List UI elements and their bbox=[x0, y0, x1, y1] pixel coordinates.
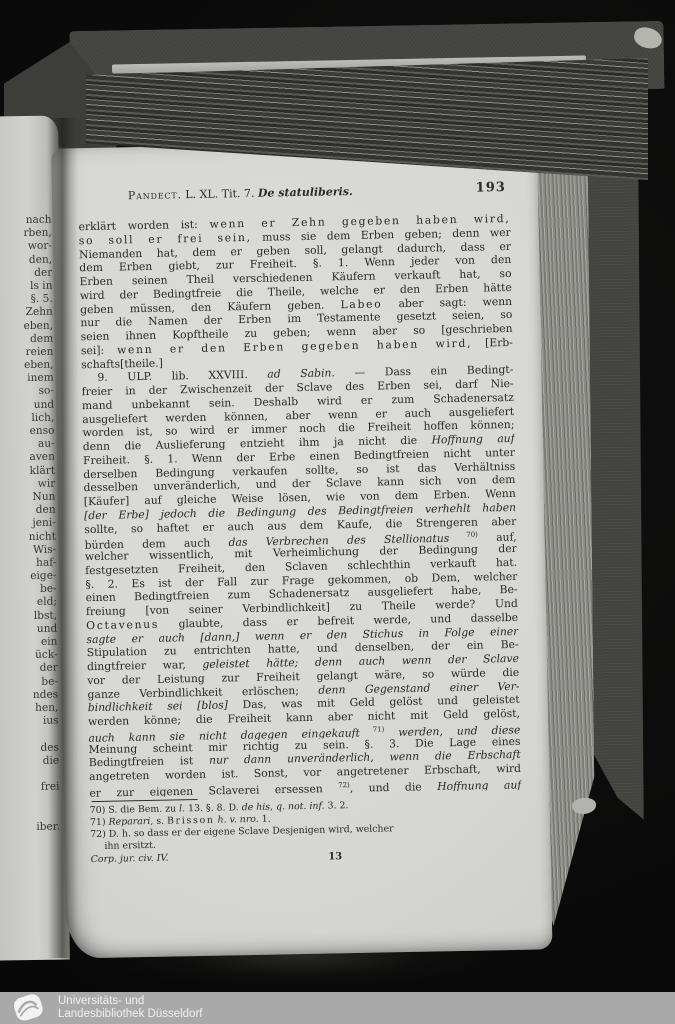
text-line: Corp. jur. civ. IV. bbox=[91, 853, 169, 867]
photo-backdrop: nachrben,wor-den,derls in§. 5.Zehneben,d… bbox=[0, 0, 675, 1024]
volume-signature: Corp. jur. civ. IV. bbox=[91, 853, 169, 867]
left-page-fragment bbox=[0, 794, 60, 808]
left-page-fragment bbox=[0, 767, 59, 781]
left-page-fragment: haf- bbox=[0, 556, 56, 570]
left-page-fragment: und bbox=[0, 622, 57, 636]
left-page-fragment: klärt bbox=[0, 464, 55, 478]
left-page-fragment: so- bbox=[0, 385, 54, 399]
left-page-fragment: jeni- bbox=[0, 517, 56, 531]
left-page-fragment: nach bbox=[0, 214, 52, 228]
left-page-fragment bbox=[0, 807, 60, 821]
cover-wear-spot bbox=[572, 798, 596, 814]
page-number: 193 bbox=[476, 180, 506, 196]
book-page: Pandect. L. XL. Tit. 7. De statuliberis.… bbox=[51, 139, 552, 958]
left-page-fragment: lbst, bbox=[0, 609, 57, 623]
left-page-fragment: eige- bbox=[0, 570, 57, 584]
left-page-fragment: Wis- bbox=[0, 543, 56, 557]
left-page-fragment: den bbox=[0, 504, 56, 518]
left-page-fragment bbox=[0, 728, 59, 742]
page-header: Pandect. L. XL. Tit. 7. De statuliberis.… bbox=[78, 182, 510, 206]
sheet-number: 13 bbox=[328, 852, 342, 863]
left-page-fragment: des bbox=[0, 741, 59, 755]
left-page-fragment: nicht bbox=[0, 530, 56, 544]
left-page-fragment: dem bbox=[0, 332, 53, 346]
left-page-fragment: eld; bbox=[0, 596, 57, 610]
left-page-fragment: ein bbox=[0, 636, 58, 650]
left-page-fragments: nachrben,wor-den,derls in§. 5.Zehneben,d… bbox=[0, 214, 60, 835]
left-page-fragment: inem bbox=[0, 372, 54, 386]
library-logo-icon bbox=[7, 993, 49, 1023]
library-name-line1: Universitäts- und bbox=[58, 995, 202, 1008]
library-name-line2: Landesbibliothek Düsseldorf bbox=[58, 1008, 202, 1021]
left-page-fragment: lich, bbox=[0, 411, 54, 425]
left-page-fragment: §. 5. bbox=[0, 293, 53, 307]
left-page-fragment: Zehn bbox=[0, 306, 53, 320]
left-page-fragment: be- bbox=[0, 675, 58, 689]
left-page-fragment: be- bbox=[0, 583, 57, 597]
left-page-fragment: die bbox=[0, 754, 59, 768]
left-page-fragment: und bbox=[0, 398, 54, 412]
running-title: Pandect. L. XL. Tit. 7. De statuliberis. bbox=[128, 185, 353, 203]
left-page-fragment: Nun bbox=[0, 491, 56, 505]
body-text: erklärt worden ist: wenn er Zehn gegeben… bbox=[78, 212, 521, 798]
left-page-fragment: eben, bbox=[0, 319, 53, 333]
text-line: Pandect. L. XL. Tit. 7. De statuliberis. bbox=[128, 185, 353, 203]
left-page-fragment: reien bbox=[0, 346, 53, 360]
main-text-block: erklärt worden ist: wenn er Zehn gegeben… bbox=[78, 212, 522, 867]
left-page-fragment: der bbox=[0, 266, 52, 280]
left-page-fragment: ius bbox=[0, 715, 59, 729]
left-page-fragment: au- bbox=[0, 438, 55, 452]
left-page-fragment: hen, bbox=[0, 702, 58, 716]
left-page-fragment: aven bbox=[0, 451, 55, 465]
left-page-fragment: wor- bbox=[0, 240, 52, 254]
left-page-fragment: der bbox=[0, 662, 58, 676]
left-page-fragment: rben, bbox=[0, 227, 52, 241]
footnotes: 70) S. die Bem. zu l. 13. §. 8. D. de hi… bbox=[90, 796, 523, 853]
footnote-separator bbox=[92, 799, 198, 802]
left-page-fragment: ls in bbox=[0, 280, 53, 294]
watermark-bar: Universitäts- und Landesbibliothek Düsse… bbox=[0, 992, 675, 1024]
left-page-fragment: iber. bbox=[0, 820, 60, 834]
left-page-fragment: den, bbox=[0, 253, 52, 267]
left-page-fragment: enso bbox=[0, 425, 55, 439]
left-page-fragment: wir bbox=[0, 477, 55, 491]
left-page-fragment: eben, bbox=[0, 359, 54, 373]
library-name: Universitäts- und Landesbibliothek Düsse… bbox=[58, 995, 202, 1021]
left-page-fragment: frei bbox=[0, 781, 60, 795]
left-page-fragment: ück- bbox=[0, 649, 58, 663]
left-page-fragment: ndes bbox=[0, 688, 58, 702]
